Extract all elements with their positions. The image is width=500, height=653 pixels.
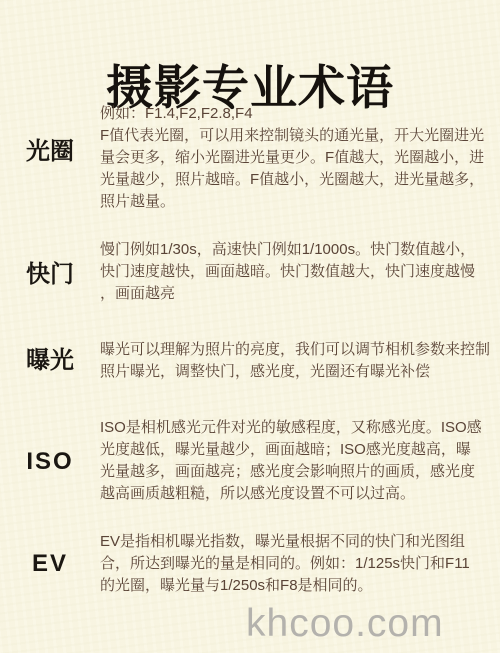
term-label-aperture: 光圈: [0, 137, 100, 167]
term-label-iso: ISO: [0, 447, 100, 477]
aperture-example-line: 例如：F1.4,F2,F2.8,F4: [100, 105, 253, 122]
section-aperture-body: 例如：F1.4,F2,F2.8,F4 F值代表光圈，可以用来控制镜头的通光量，开…: [100, 103, 496, 213]
section-shutter-body: 慢门例如1/30s，高速快门例如1/1000s。快门数值越小， 快门速度越快，画…: [100, 239, 496, 305]
section-iso-body: ISO是相机感光元件对光的敏感程度，又称感光度。ISO感 光度越低，曝光量越少，…: [100, 417, 496, 505]
poster-page: 摄影专业术语 光圈 例如：F1.4,F2,F2.8,F4 F值代表光圈，可以用来…: [0, 0, 500, 653]
watermark: khcoo.com: [246, 602, 444, 646]
term-label-shutter: 快门: [0, 260, 100, 290]
section-exposure-body: 曝光可以理解为照片的亮度，我们可以调节相机参数来控制 照片曝光，调整快门，感光度…: [100, 339, 496, 383]
section-ev-body: EV是指相机曝光指数，曝光量根据不同的快门和光图组 合，所达到曝光的量是相同的。…: [100, 531, 496, 597]
term-label-exposure: 曝光: [0, 346, 100, 376]
term-label-ev: EV: [0, 549, 100, 579]
aperture-description: F值代表光圈，可以用来控制镜头的通光量，开大光圈进光 量会更多，缩小光圈进光量更…: [100, 127, 484, 210]
